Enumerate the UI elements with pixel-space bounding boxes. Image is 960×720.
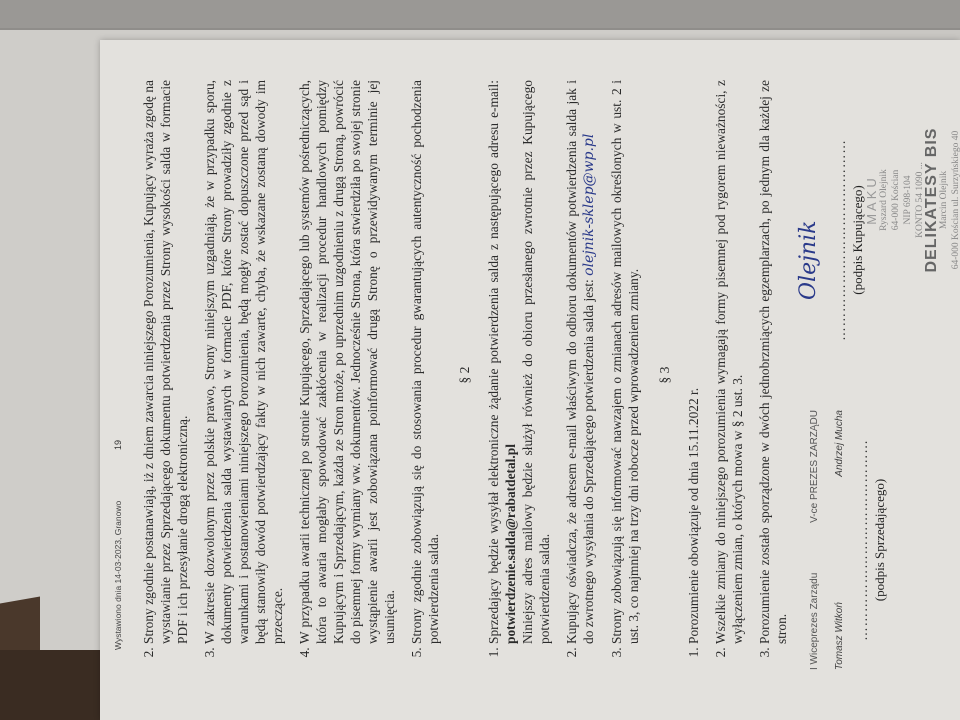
stamp-brand-2: DELIKATESY BIS [926,80,938,320]
section2-item: Strony zobowiązują się informować nawzaj… [608,80,642,644]
section1-item: Strony zgodnie zobowiązują się do stosow… [408,80,442,644]
seller-signature-line: …………………………………… [854,410,871,670]
page-content: Wystawiono dnia 14-03-2023, Granowo 19 S… [140,80,956,670]
buyer-signature: Olejnik [800,221,817,300]
seller-email: potwierdzenie.salda@rabatdetal.pl [503,444,518,644]
buyer-signature-line: …………………………………… [832,110,849,370]
buyer-signature-caption: (podpis Kupującego) [849,110,866,370]
section3-list: Porozumienie obowiązuje od dnia 15.11.20… [685,80,790,670]
seller-name-2: Andrzej Mucha [831,410,848,477]
background-strip [0,0,960,28]
buyer-email-handwritten: olejnik-sklep@wp.pl [581,134,597,276]
section1-item: Strony zgodnie postanawiają, iż z dniem … [140,80,191,644]
seller-signature-block: I Wiceprezes Zarządu V-ce PREZES ZARZĄDU… [806,410,888,670]
seller-stamp-title-2: V-ce PREZES ZARZĄDU [806,410,823,523]
page-number: 19 [110,440,127,450]
section1-list: Strony zgodnie postanawiają, iż z dniem … [140,80,442,670]
section2-item: Sprzedający będzie wysyłał elektroniczne… [485,80,553,644]
section3-title: § 3 [656,80,673,670]
buyer-company-stamp: MAKU Ryszard Olejnik 64-000 Kościan NIP … [866,80,960,320]
document-page: Wystawiono dnia 14-03-2023, Granowo 19 S… [100,40,960,720]
section1-item: W przypadku awarii technicznej po stroni… [296,80,398,644]
section3-item: Porozumienie obowiązuje od dnia 15.11.20… [685,80,702,644]
seller-signature-caption: (podpis Sprzedającego) [871,410,888,670]
signature-area: I Wiceprezes Zarządu V-ce PREZES ZARZĄDU… [806,80,956,670]
section3-item: Wszelkie zmiany do niniejszego porozumie… [712,80,746,644]
stamp-brand: MAKU [866,80,878,320]
section1-item: W zakresie dozwolonym przez polskie praw… [201,80,286,644]
section2-list: Sprzedający będzie wysyłał elektroniczne… [485,80,642,670]
section2-item: Kupujący oświadcza, że adresem e-mail wł… [563,80,598,644]
section3-item: Porozumienie zostało sporządzone w dwóch… [756,80,790,644]
issued-note: Wystawiono dnia 14-03-2023, Granowo [110,501,127,650]
buyer-signature-block: Olejnik …………………………………… (podpis Kupująceg… [806,110,866,370]
seller-stamp-title-1: I Wiceprezes Zarządu [806,573,823,670]
seller-name-1: Tomasz Witkoń [831,602,848,670]
section2-title: § 2 [456,80,473,670]
